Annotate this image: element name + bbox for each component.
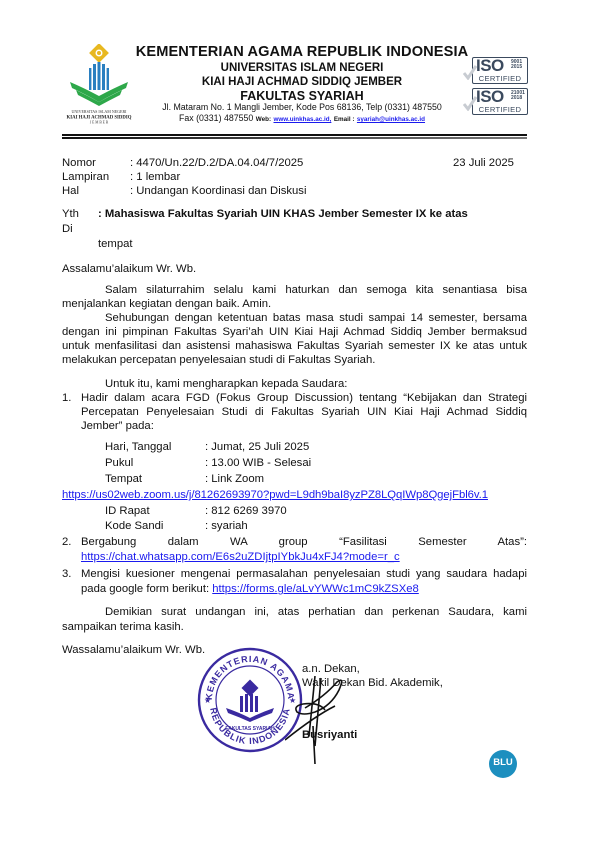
website-link[interactable]: www.uinkhas.ac.id,: [274, 116, 332, 123]
nomor-value: : 4470/Un.22/D.2/DA.04.04/7/2025: [130, 156, 303, 170]
header-divider-bottom: [62, 137, 527, 139]
paragraph-2-line-3: untuk menfasilitasi dan asistensi mahasi…: [62, 339, 527, 353]
item-1-line-3: Jember” pada:: [81, 419, 154, 433]
zoom-passcode-value: : syariah: [205, 519, 248, 533]
header-divider-top: [62, 134, 527, 136]
uin-khas-emblem-icon: UNIVERSITAS ISLAM NEGERI KIAI HAJI ACHMA…: [60, 44, 138, 124]
item-2-number: 2.: [62, 535, 71, 549]
item-3-line-1: Mengisi kuesioner mengenai permasalahan …: [81, 567, 527, 581]
handwritten-signature: [285, 676, 355, 766]
svg-text:UNIVERSITAS ISLAM NEGERI: UNIVERSITAS ISLAM NEGERI: [71, 109, 127, 114]
closing-line-1: Demikian surat undangan ini, atas perhat…: [105, 605, 527, 619]
item-2-line-1: Bergabung dalam WA group “Fasilitasi Sem…: [81, 535, 527, 549]
item-1-line-1: Hadir dalam acara FGD (Fokus Group Discu…: [81, 391, 527, 405]
paragraph-1-line-1: Salam silaturrahim selalu kami haturkan …: [105, 283, 527, 297]
detail-label-place: Tempat: [105, 472, 142, 486]
paragraph-2-line-2: dengan ini pimpinan Fakultas Syari’ah UI…: [62, 325, 527, 339]
email-link[interactable]: syariah@uinkhas.ac.id: [357, 116, 425, 123]
detail-value-time: : 13.00 WIB - Selesai: [205, 456, 311, 470]
detail-label-time: Pukul: [105, 456, 133, 470]
address-line: Jl. Mataram No. 1 Mangli Jember, Kode Po…: [120, 102, 484, 112]
detail-value-place: : Link Zoom: [205, 472, 264, 486]
detail-label-date: Hari, Tanggal: [105, 440, 171, 454]
svg-text:J E M B E R: J E M B E R: [90, 121, 109, 125]
contact-line: Fax (0331) 487550 Web: www.uinkhas.ac.id…: [120, 113, 484, 123]
paragraph-3: Untuk itu, kami mengharapkan kepada Saud…: [105, 377, 347, 391]
signature-scribble-icon: [285, 676, 355, 766]
greeting: Assalamu’alaikum Wr. Wb.: [62, 262, 196, 276]
lampiran-value: : 1 lembar: [130, 170, 180, 184]
zoom-id-value: : 812 6269 3970: [205, 504, 287, 518]
recipient-name: : Mahasiswa Fakultas Syariah UIN KHAS Je…: [98, 207, 468, 221]
email-label: Email :: [334, 116, 355, 123]
zoom-passcode-label: Kode Sandi: [105, 519, 163, 533]
paragraph-2-line-4: melakukan percepatan penyelesaian studi …: [62, 353, 375, 367]
item-3-number: 3.: [62, 567, 71, 581]
whatsapp-group-link[interactable]: https://chat.whatsapp.com/E6s2uZDIjtpIYb…: [81, 550, 400, 564]
item-1-number: 1.: [62, 391, 71, 405]
zoom-id-label: ID Rapat: [105, 504, 150, 518]
svg-text:FAKULTAS SYARIAH: FAKULTAS SYARIAH: [225, 726, 275, 732]
item-1-line-2: Percepatan Penyelesaian Studi di Fakulta…: [81, 405, 527, 419]
web-label: Web:: [256, 116, 271, 123]
iso-9001-badge: ISO 90012015 CERTIFIED: [472, 57, 528, 84]
signature-title-line-1: a.n. Dekan,: [302, 662, 360, 676]
item-3-line-2: pada google form berikut: https://forms.…: [81, 582, 419, 596]
blu-badge: BLU: [489, 750, 517, 778]
di-label: Di: [62, 222, 73, 236]
letter-date: 23 Juli 2025: [453, 156, 514, 170]
zoom-meeting-link[interactable]: https://us02web.zoom.us/j/81262693970?pw…: [62, 488, 488, 502]
detail-value-date: : Jumat, 25 Juli 2025: [205, 440, 309, 454]
item-3-prefix: pada google form berikut:: [81, 583, 212, 595]
university-title-line2: KIAI HAJI ACHMAD SIDDIQ JEMBER: [130, 76, 474, 88]
ministry-title: KEMENTERIAN AGAMA REPUBLIK INDONESIA: [130, 44, 474, 60]
farewell: Wassalamu’alaikum Wr. Wb.: [62, 643, 205, 657]
nomor-label: Nomor: [62, 156, 96, 170]
lampiran-label: Lampiran: [62, 170, 109, 184]
google-form-link[interactable]: https://forms.gle/aLvYWWc1mC9kZSXe8: [212, 583, 419, 595]
paragraph-2-line-1: Sehubungan dengan ketentuan batas masa s…: [105, 311, 527, 325]
yth-label: Yth: [62, 207, 79, 221]
university-title-line1: UNIVERSITAS ISLAM NEGERI: [130, 62, 474, 74]
paragraph-1-line-2: menjalankan kegiatan dengan baik. Amin.: [62, 297, 271, 311]
tempat-text: tempat: [98, 237, 133, 251]
iso-21001-badge: ISO 210012018 CERTIFIED: [472, 88, 528, 115]
faculty-title: FAKULTAS SYARIAH: [130, 89, 474, 103]
hal-label: Hal: [62, 184, 79, 198]
signatory-name: Busriyanti: [302, 728, 357, 742]
svg-text:★: ★: [204, 696, 211, 705]
university-logo: UNIVERSITAS ISLAM NEGERI KIAI HAJI ACHMA…: [60, 44, 138, 124]
closing-line-2: sampaikan terima kasih.: [62, 620, 184, 634]
hal-value: : Undangan Koordinasi dan Diskusi: [130, 184, 306, 198]
fax-text: Fax (0331) 487550: [179, 113, 253, 123]
